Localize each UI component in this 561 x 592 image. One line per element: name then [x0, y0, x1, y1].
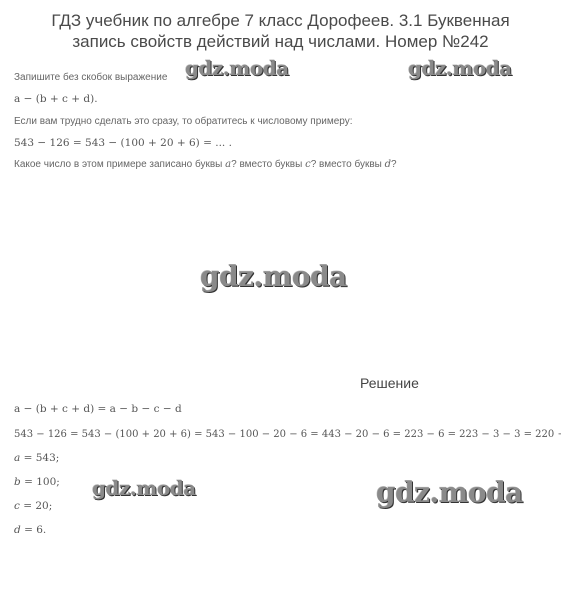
watermark-logo: gdz.moda: [408, 56, 512, 80]
page-title-line-2: запись свойств действий над числами. Ном…: [0, 31, 561, 52]
solution-value-c: c = 20;: [14, 500, 52, 512]
solution-heading: Решение: [360, 375, 419, 391]
page-title: ГДЗ учебник по алгебре 7 класс Дорофеев.…: [0, 10, 561, 52]
task-expression: a − (b + c + d).: [14, 93, 98, 105]
watermark-logo: gdz.moda: [200, 260, 347, 293]
watermark-logo: gdz.moda: [185, 56, 289, 80]
task-hint: Если вам трудно сделать это сразу, то об…: [14, 116, 353, 127]
solution-computation: 543 − 126 = 543 − (100 + 20 + 6) = 543 −…: [14, 429, 561, 440]
task-numeric-example: 543 − 126 = 543 − (100 + 20 + 6) = ... .: [14, 137, 232, 149]
solution-value-d: d = 6.: [14, 524, 46, 536]
solution-value-b: b = 100;: [14, 476, 60, 488]
solution-value-a: a = 543;: [14, 452, 59, 464]
watermark-logo: gdz.moda: [92, 476, 196, 500]
task-instruction: Запишите без скобок выражение: [14, 72, 167, 83]
watermark-logo: gdz.moda: [376, 476, 523, 509]
page-title-line-1: ГДЗ учебник по алгебре 7 класс Дорофеев.…: [0, 10, 561, 31]
task-question: Какое число в этом примере записано букв…: [14, 159, 397, 170]
solution-identity: a − (b + c + d) = a − b − c − d: [14, 403, 182, 415]
